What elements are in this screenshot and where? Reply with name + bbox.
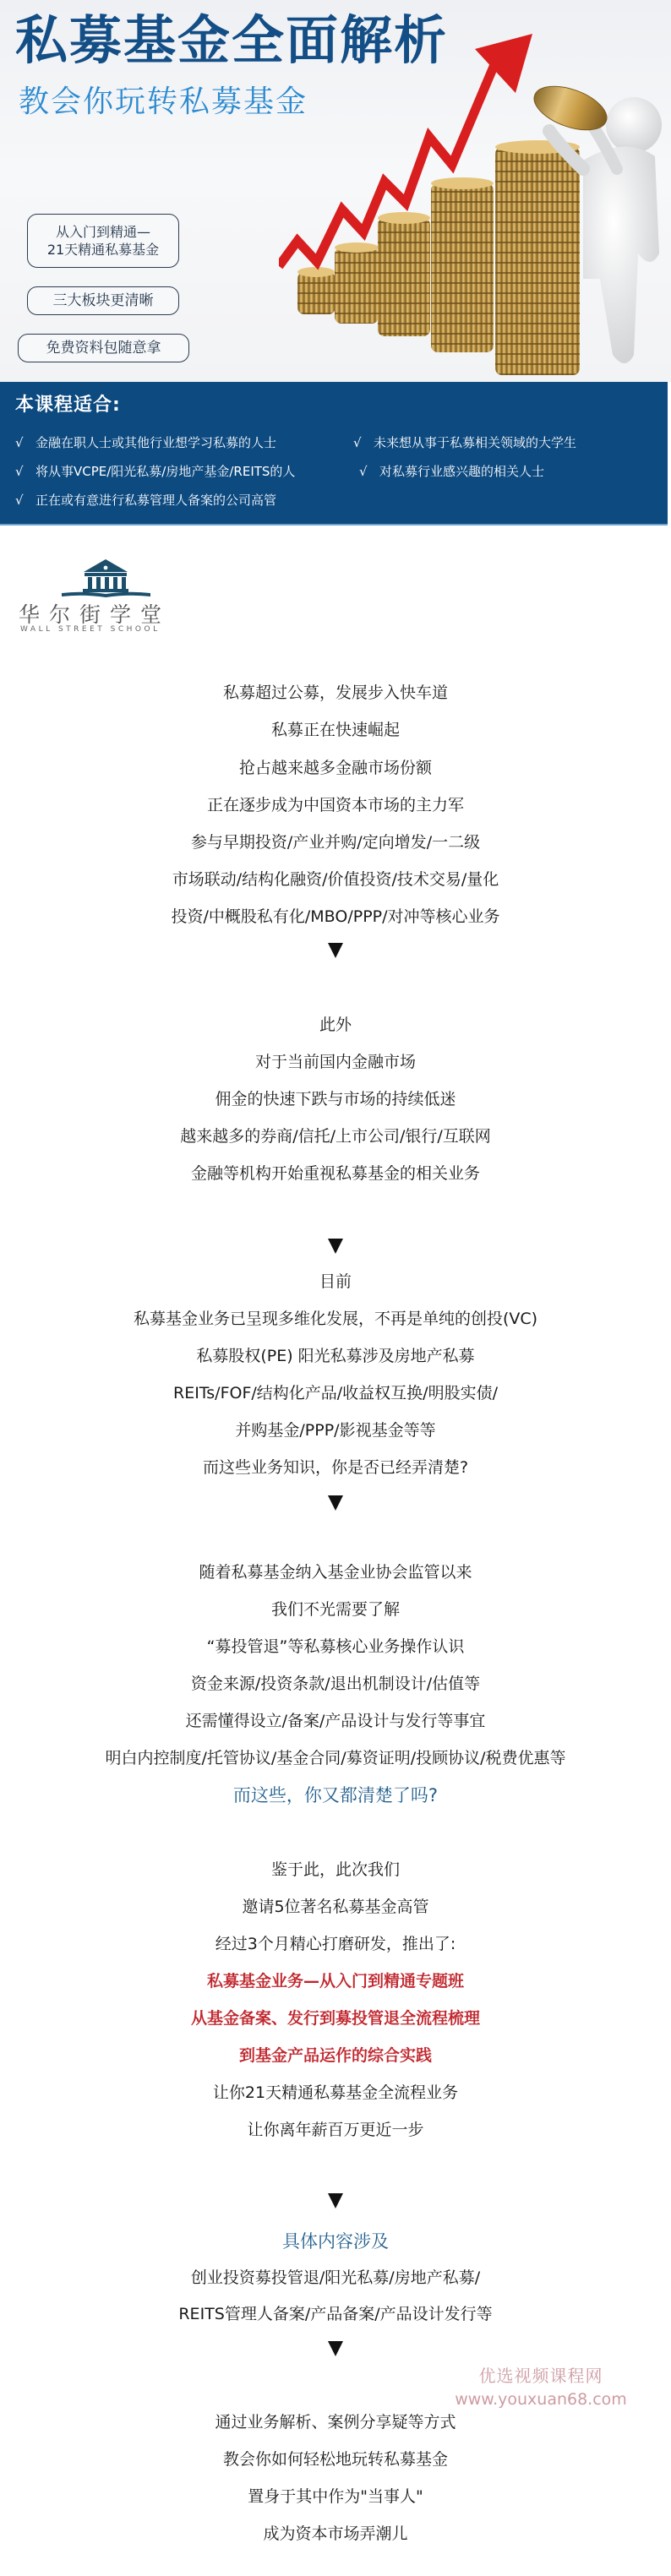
audience-item-text: 将从事VCPE/阳光私募/房地产基金/REITS的人 <box>35 464 295 479</box>
checkmark-icon: √ <box>359 463 379 480</box>
body-line: 让你21天精通私募基金全流程业务 <box>0 2082 671 2104</box>
body-line: 佣金的快速下跌与市场的持续低迷 <box>0 1088 671 1110</box>
body-line: 投资/中概股私有化/MBO/PPP/对冲等核心业务 <box>0 906 671 928</box>
body-line: 私募正在快速崛起 <box>0 719 671 741</box>
body-line: 还需懂得设立/备案/产品设计与发行等事宜 <box>0 1710 671 1732</box>
body-line: 明白内控制度/托管协议/基金合同/募资证明/投顾协议/税费优惠等 <box>0 1747 671 1769</box>
body-line: 此外 <box>0 1014 671 1036</box>
body-line: 私募超过公募，发展步入快车道 <box>0 682 671 704</box>
body-line: 随着私募基金纳入基金业协会监管以来 <box>0 1561 671 1583</box>
down-arrow-icon <box>328 2193 343 2208</box>
audience-item: √将从事VCPE/阳光私募/房地产基金/REITS的人 <box>15 463 295 480</box>
body-line: 越来越多的券商/信托/上市公司/银行/互联网 <box>0 1125 671 1147</box>
temple-book-icon <box>15 541 176 600</box>
audience-item-text: 对私募行业感兴趣的相关人士 <box>379 464 544 479</box>
checkmark-icon: √ <box>15 434 35 451</box>
body-line: 正在逐步成为中国资本市场的主力军 <box>0 794 671 816</box>
body-line: 而这些业务知识，你是否已经弄清楚? <box>0 1457 671 1479</box>
wall-street-school-logo: 华尔街学堂 WALL STREET SCHOOL <box>15 541 176 634</box>
audience-item: √未来想从事于私募相关领域的大学生 <box>353 434 576 451</box>
body-line: 鉴于此，此次我们 <box>0 1859 671 1881</box>
body-line: 私募股权(PE) 阳光私募涉及房地产私募 <box>0 1345 671 1367</box>
body-line: 让你离年薪百万更近一步 <box>0 2119 671 2141</box>
body-line: 私募基金业务已呈现多维化发展，不再是单纯的创投(VC) <box>0 1308 671 1330</box>
question-highlight: 而这些，你又都清楚了吗? <box>0 1784 671 1806</box>
feature-pill-three-modules: 三大板块更清晰 <box>27 286 179 315</box>
course-name-highlight: 私募基金业务—从入门到精通专题班 <box>0 1970 671 1992</box>
feature-pill-free-materials: 免费资料包随意拿 <box>18 334 189 362</box>
logo-name-cn: 华尔街学堂 <box>19 598 171 629</box>
course-name-highlight: 到基金产品运作的综合实践 <box>0 2045 671 2067</box>
content-heading: 具体内容涉及 <box>0 2230 671 2252</box>
audience-item-text: 金融在职人士或其他行业想学习私募的人士 <box>35 435 276 450</box>
audience-item-text: 正在或有意进行私募管理人备案的公司高管 <box>35 493 276 508</box>
checkmark-icon: √ <box>353 434 374 451</box>
hero-banner: 私募基金全面解析 教会你玩转私募基金 从入门到精通— 21天精通私募基金 三大板… <box>0 0 671 382</box>
body-line: 金融等机构开始重视私募基金的相关业务 <box>0 1163 671 1185</box>
watermark-title: 优选视频课程网 <box>414 2364 668 2388</box>
down-arrow-icon <box>328 943 343 958</box>
coin-stacks <box>297 140 580 375</box>
body-line: 成为资本市场弄潮儿 <box>0 2523 671 2545</box>
target-audience-panel: 本课程适合: √金融在职人士或其他行业想学习私募的人士 √未来想从事于私募相关领… <box>0 382 668 526</box>
body-line: 创业投资募投管退/阳光私募/房地产私募/ <box>0 2267 671 2289</box>
checkmark-icon: √ <box>15 492 35 509</box>
audience-item: √金融在职人士或其他行业想学习私募的人士 <box>15 434 276 451</box>
pill-line: 21天精通私募基金 <box>28 241 178 259</box>
body-line: 市场联动/结构化融资/价值投资/技术交易/量化 <box>0 869 671 890</box>
audience-title: 本课程适合: <box>15 390 121 417</box>
body-line: 资金来源/投资条款/退出机制设计/估值等 <box>0 1673 671 1695</box>
body-line: 置身于其中作为"当事人" <box>0 2486 671 2508</box>
body-line: REITs/FOF/结构化产品/收益权互换/明股实债/ <box>0 1382 671 1404</box>
body-line: 目前 <box>0 1271 671 1293</box>
body-line: 教会你如何轻松地玩转私募基金 <box>0 2448 671 2470</box>
site-watermark: 优选视频课程网 www.youxuan68.com <box>414 2364 668 2411</box>
watermark-url: www.youxuan68.com <box>414 2388 668 2411</box>
down-arrow-icon <box>328 1239 343 1254</box>
pill-line: 免费资料包随意拿 <box>19 340 188 357</box>
audience-item: √对私募行业感兴趣的相关人士 <box>359 463 544 480</box>
down-arrow-icon <box>328 2341 343 2356</box>
audience-item-text: 未来想从事于私募相关领域的大学生 <box>374 435 576 450</box>
audience-item: √正在或有意进行私募管理人备案的公司高管 <box>15 492 276 509</box>
checkmark-icon: √ <box>15 463 35 480</box>
pill-line: 三大板块更清晰 <box>28 292 178 310</box>
body-line: 经过3个月精心打磨研发，推出了: <box>0 1933 671 1955</box>
feature-pill-21days: 从入门到精通— 21天精通私募基金 <box>27 214 179 268</box>
growth-chart-illustration <box>279 0 671 382</box>
logo-name-en: WALL STREET SCHOOL <box>20 625 161 634</box>
body-line: “募投管退”等私募核心业务操作认识 <box>0 1636 671 1658</box>
course-name-highlight: 从基金备案、发行到募投管退全流程梳理 <box>0 2007 671 2029</box>
body-line: 抢占越来越多金融市场份额 <box>0 757 671 779</box>
body-line: 对于当前国内金融市场 <box>0 1051 671 1073</box>
body-line: 邀请5位著名私募基金高管 <box>0 1896 671 1918</box>
pill-line: 从入门到精通— <box>28 223 178 241</box>
body-line: 通过业务解析、案例分享疑等方式 <box>0 2411 671 2433</box>
body-line: REITS管理人备案/产品备案/产品设计发行等 <box>0 2303 671 2325</box>
down-arrow-icon <box>328 1495 343 1511</box>
body-line: 我们不光需要了解 <box>0 1598 671 1620</box>
hero-subtitle: 教会你玩转私募基金 <box>19 83 308 122</box>
body-line: 并购基金/PPP/影视基金等等 <box>0 1419 671 1441</box>
body-line: 参与早期投资/产业并购/定向增发/一二级 <box>0 831 671 853</box>
